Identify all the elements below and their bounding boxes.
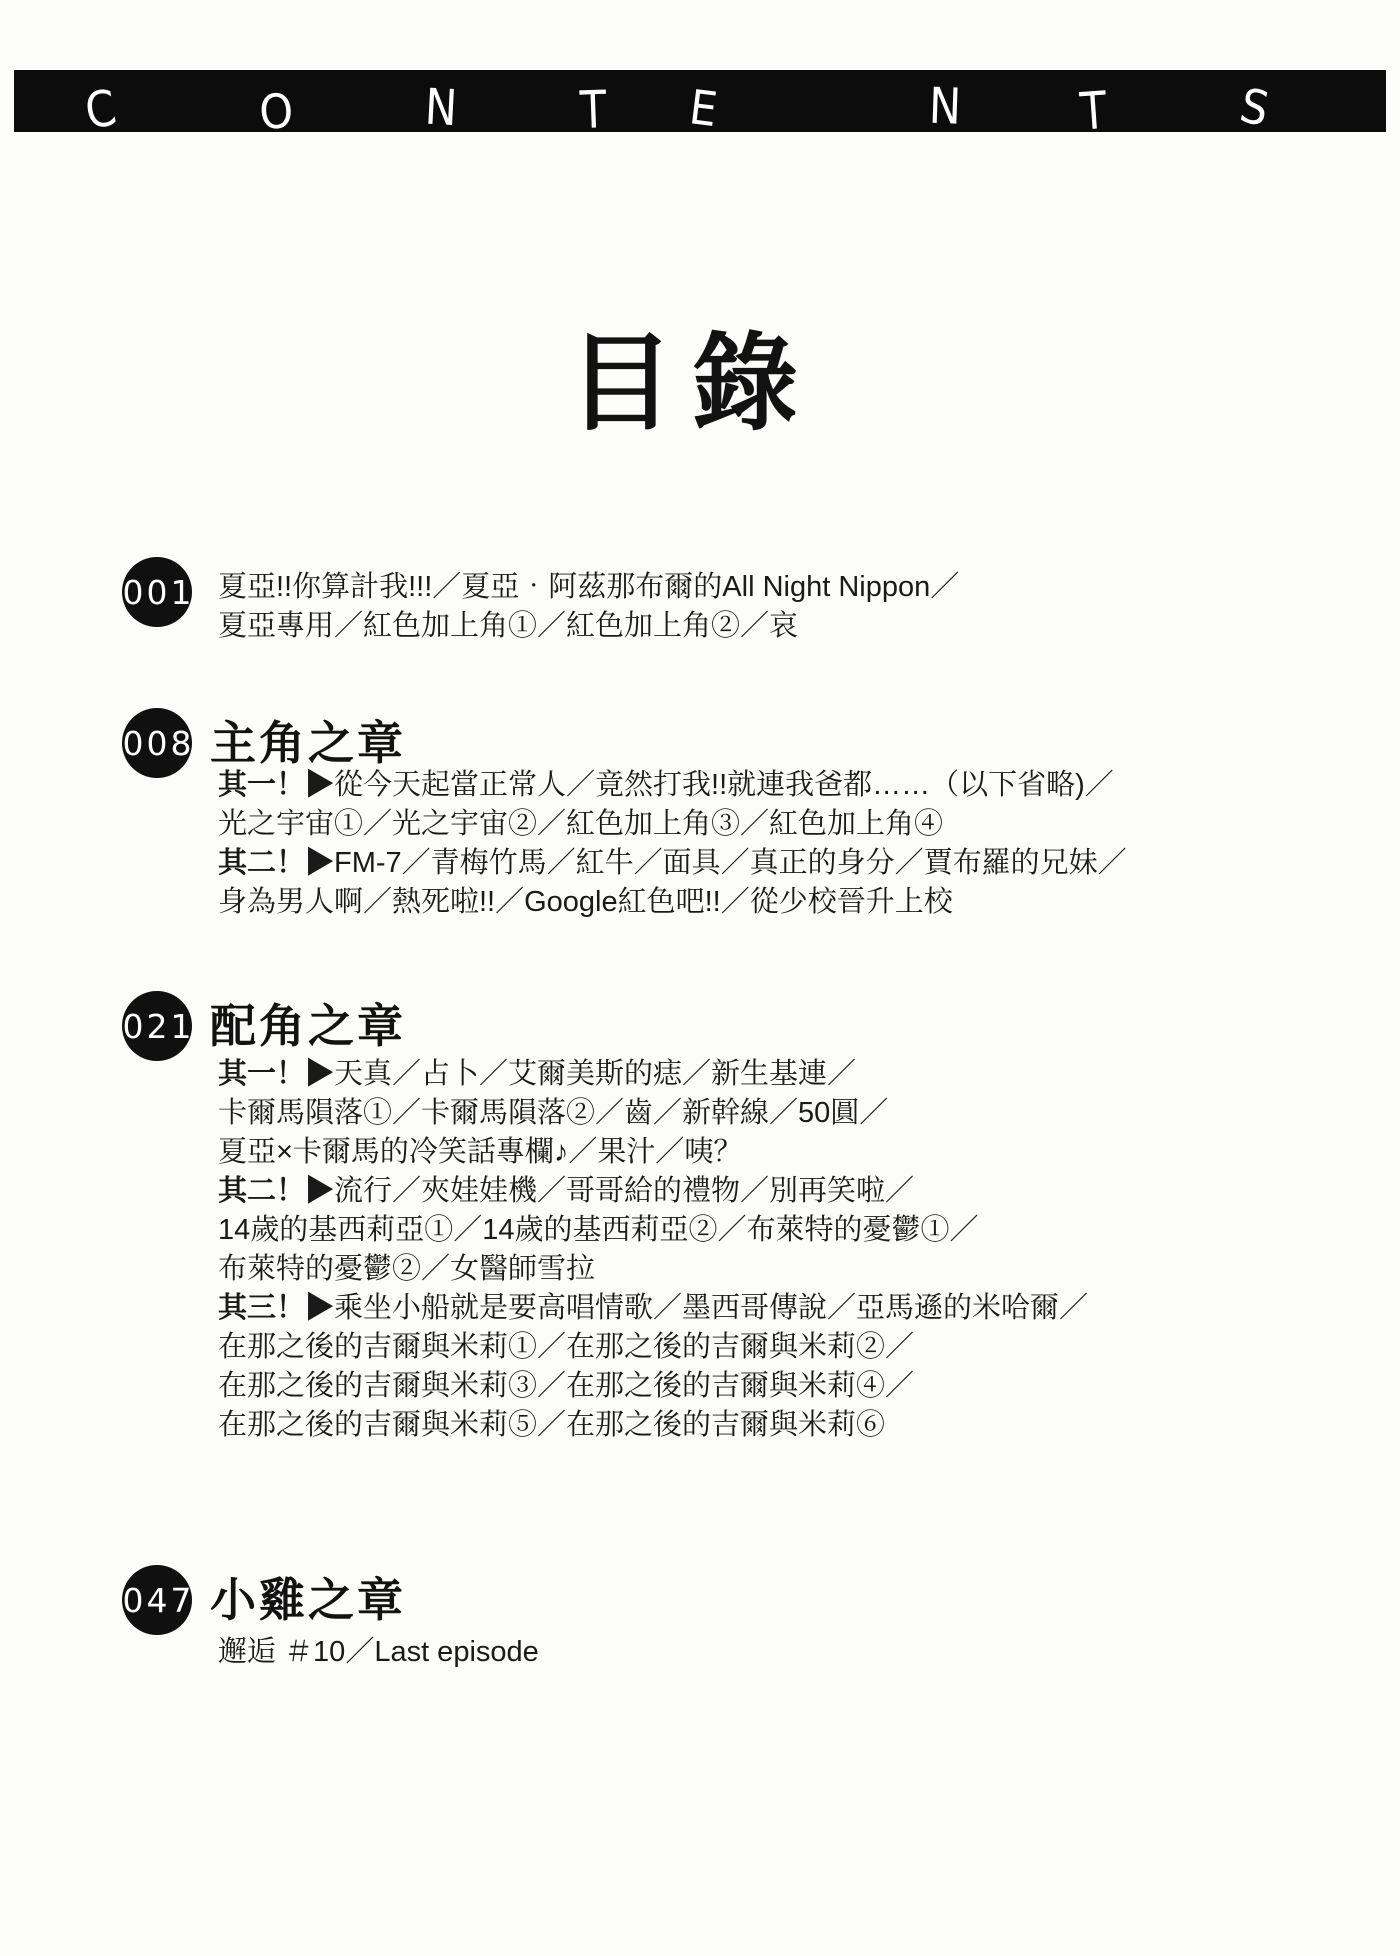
chapter-heading: 配角之章 <box>210 1001 406 1051</box>
banner-letter: N <box>928 82 962 133</box>
line-prefix: 其三！▶ <box>218 1292 334 1324</box>
banner-letter: N <box>424 83 459 134</box>
line-prefix: 其一！▶ <box>218 769 334 801</box>
banner-letter: C <box>82 84 120 138</box>
toc-line: 其二！▶流行／夾娃娃機／哥哥給的禮物／別再笑啦／ <box>218 1172 1088 1211</box>
line-prefix: 其一！▶ <box>218 1058 334 1090</box>
toc-line: 光之宇宙①／光之宇宙②／紅色加上角③／紅色加上角④ <box>218 805 1127 844</box>
line-text: 夏亞專用／紅色加上角①／紅色加上角②／哀 <box>218 610 798 642</box>
chapter-lines: 夏亞!!你算計我!!!／夏亞‧阿茲那布爾的All Night Nippon／夏亞… <box>218 568 959 646</box>
toc-line: 其二！▶FM-7／青梅竹馬／紅牛／面具／真正的身分／賈布羅的兄妹／ <box>218 844 1127 883</box>
line-text: 在那之後的吉爾與米莉⑤／在那之後的吉爾與米莉⑥ <box>218 1409 885 1441</box>
toc-line: 在那之後的吉爾與米莉⑤／在那之後的吉爾與米莉⑥ <box>218 1406 1088 1445</box>
chapter-lines: 其一！▶天真／占卜／艾爾美斯的痣／新生基連／卡爾馬隕落①／卡爾馬隕落②／齒／新幹… <box>218 1055 1088 1445</box>
toc-line: 布萊特的憂鬱②／女醫師雪拉 <box>218 1250 1088 1289</box>
toc-line: 夏亞×卡爾馬的冷笑話專欄♪／果汁／咦？ <box>218 1133 1088 1172</box>
toc-line: 夏亞專用／紅色加上角①／紅色加上角②／哀 <box>218 607 959 646</box>
contents-banner: CONTENTS <box>14 70 1386 132</box>
line-prefix: 其二！▶ <box>218 847 334 879</box>
toc-line: 其一！▶天真／占卜／艾爾美斯的痣／新生基連／ <box>218 1055 1088 1094</box>
banner-letter: O <box>258 88 295 138</box>
chapter-heading: 主角之章 <box>210 718 406 768</box>
line-text: 夏亞×卡爾馬的冷笑話專欄♪／果汁／咦？ <box>218 1136 742 1168</box>
banner-letter: E <box>687 85 720 135</box>
toc-line: 邂逅 ＃10／Last episode <box>218 1633 539 1672</box>
banner-letter: S <box>1236 83 1273 135</box>
line-text: 邂逅 ＃10／Last episode <box>218 1636 539 1668</box>
line-text: 布萊特的憂鬱②／女醫師雪拉 <box>218 1253 595 1285</box>
chapter-lines: 其一！▶從今天起當正常人／竟然打我!!就連我爸都……（以下省略)／光之宇宙①／光… <box>218 766 1127 922</box>
line-text: 光之宇宙①／光之宇宙②／紅色加上角③／紅色加上角④ <box>218 808 943 840</box>
line-prefix: 其二！▶ <box>218 1175 334 1207</box>
line-text: FM-7／青梅竹馬／紅牛／面具／真正的身分／賈布羅的兄妹／ <box>334 847 1127 879</box>
line-text: 天真／占卜／艾爾美斯的痣／新生基連／ <box>334 1058 856 1090</box>
toc-line: 其三！▶乘坐小船就是要高唱情歌／墨西哥傳說／亞馬遜的米哈爾／ <box>218 1289 1088 1328</box>
line-text: 在那之後的吉爾與米莉③／在那之後的吉爾與米莉④／ <box>218 1370 914 1402</box>
toc-line: 卡爾馬隕落①／卡爾馬隕落②／齒／新幹線／50圓／ <box>218 1094 1088 1133</box>
line-text: 流行／夾娃娃機／哥哥給的禮物／別再笑啦／ <box>334 1175 914 1207</box>
toc-line: 14歲的基西莉亞①／14歲的基西莉亞②／布萊特的憂鬱①／ <box>218 1211 1088 1250</box>
page-title: 目錄 <box>0 328 1383 440</box>
banner-letter: T <box>1079 86 1109 139</box>
toc-line: 其一！▶從今天起當正常人／竟然打我!!就連我爸都……（以下省略)／ <box>218 766 1127 805</box>
page-number-badge: 008 <box>122 708 192 778</box>
toc-line: 身為男人啊／熱死啦!!／Google紅色吧!!／從少校晉升上校 <box>218 883 1127 922</box>
line-text: 夏亞!!你算計我!!!／夏亞‧阿茲那布爾的All Night Nippon／ <box>218 571 959 603</box>
toc-page: CONTENTS 目錄 001夏亞!!你算計我!!!／夏亞‧阿茲那布爾的All … <box>0 0 1400 1956</box>
line-text: 卡爾馬隕落①／卡爾馬隕落②／齒／新幹線／50圓／ <box>218 1097 888 1129</box>
page-number-badge: 021 <box>122 991 192 1061</box>
line-text: 身為男人啊／熱死啦!!／Google紅色吧!!／從少校晉升上校 <box>218 886 953 918</box>
page-number-badge: 001 <box>122 557 192 627</box>
chapter-lines: 邂逅 ＃10／Last episode <box>218 1633 539 1672</box>
chapter-heading: 小雞之章 <box>210 1575 406 1625</box>
toc-line: 在那之後的吉爾與米莉①／在那之後的吉爾與米莉②／ <box>218 1328 1088 1367</box>
line-text: 14歲的基西莉亞①／14歲的基西莉亞②／布萊特的憂鬱①／ <box>218 1214 979 1246</box>
toc-line: 在那之後的吉爾與米莉③／在那之後的吉爾與米莉④／ <box>218 1367 1088 1406</box>
line-text: 從今天起當正常人／竟然打我!!就連我爸都……（以下省略)／ <box>334 769 1114 801</box>
line-text: 乘坐小船就是要高唱情歌／墨西哥傳說／亞馬遜的米哈爾／ <box>334 1292 1088 1324</box>
banner-letter: T <box>579 85 607 137</box>
line-text: 在那之後的吉爾與米莉①／在那之後的吉爾與米莉②／ <box>218 1331 914 1363</box>
toc-line: 夏亞!!你算計我!!!／夏亞‧阿茲那布爾的All Night Nippon／ <box>218 568 959 607</box>
page-number-badge: 047 <box>122 1565 192 1635</box>
